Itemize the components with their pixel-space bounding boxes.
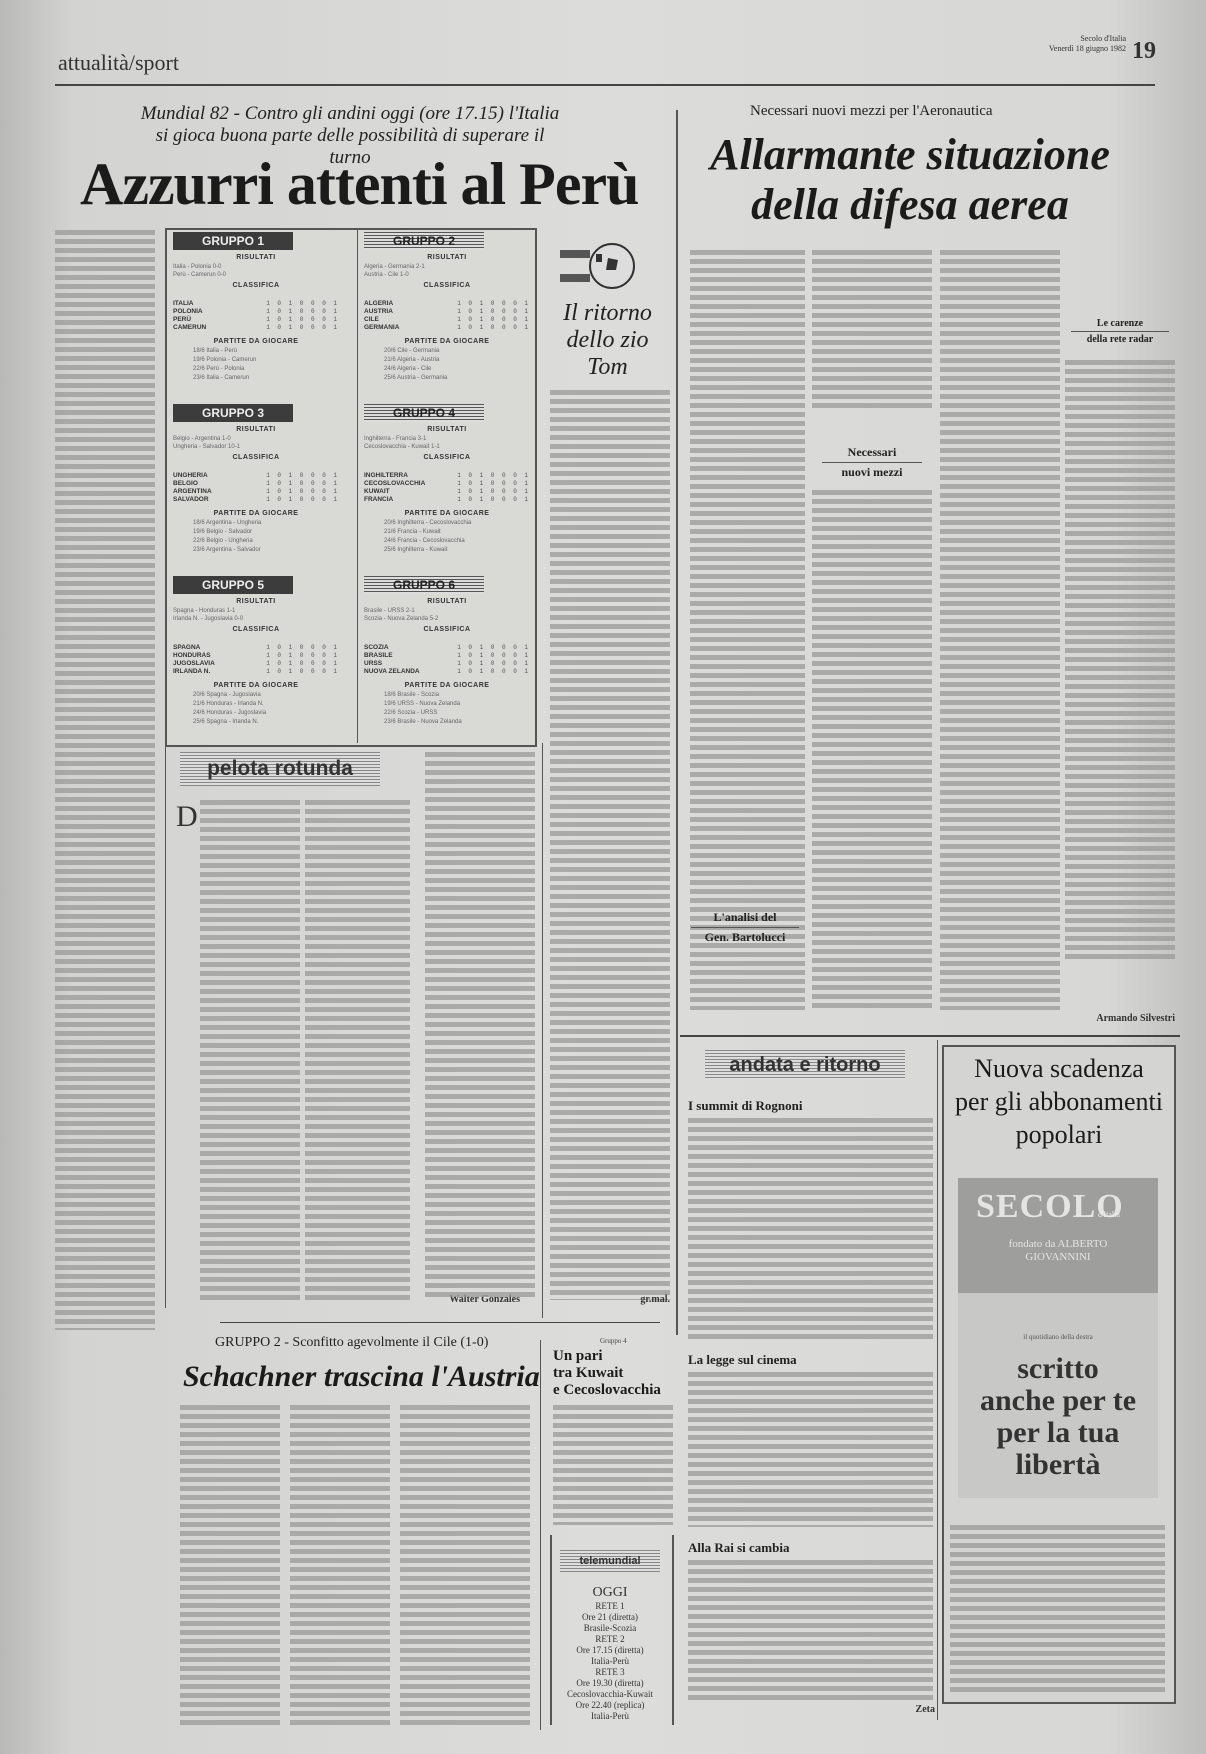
newspaper-page: attualità/sport Secolo d'Italia Venerdì … bbox=[0, 0, 1206, 1754]
pelota-text-col3 bbox=[425, 752, 535, 1297]
results-label: RISULTATI bbox=[167, 598, 345, 605]
section-rule bbox=[220, 1322, 660, 1323]
headline-line: Tom bbox=[545, 354, 670, 381]
results-label: RISULTATI bbox=[167, 426, 345, 433]
headline-line: Allarmante situazione bbox=[700, 130, 1120, 180]
andata-rubric: andata e ritorno bbox=[705, 1050, 905, 1080]
group-panel: GRUPPO 3RISULTATIBelgio - Argentina 1-0U… bbox=[167, 402, 345, 567]
standings-team: FRANCIA bbox=[364, 496, 393, 504]
aero-headline: Allarmante situazione della difesa aerea bbox=[700, 130, 1120, 230]
schedule-line: RETE 2 bbox=[555, 1634, 665, 1645]
pelota-text-col1 bbox=[200, 800, 300, 1300]
standings-team: UNGHERIA bbox=[173, 472, 208, 480]
fixture-line: 21/6 Algeria - Austria bbox=[384, 357, 439, 363]
schedule-line: Brasile-Scozia bbox=[555, 1623, 665, 1634]
fixture-line: 20/6 Spagna - Jugoslavia bbox=[193, 692, 261, 698]
standings-stats: 1 0 1 0 0 0 1 bbox=[457, 472, 530, 480]
headline-line: popolari bbox=[945, 1118, 1173, 1151]
headline-line: e Cecoslovacchia bbox=[553, 1382, 661, 1399]
subhead-line: Le carenze bbox=[1065, 318, 1175, 329]
article-column-text bbox=[55, 230, 155, 1330]
aero-text-col2b bbox=[812, 490, 932, 1010]
standings-team: AUSTRIA bbox=[364, 308, 393, 316]
result-line: Ungheria - Salvador 10-1 bbox=[173, 444, 240, 450]
standings-stats: 1 0 1 0 0 0 1 bbox=[457, 324, 530, 332]
aero-text-col1 bbox=[690, 250, 805, 1010]
standings-team: ALGERIA bbox=[364, 300, 393, 308]
standings-stats: 1 0 1 0 0 0 1 bbox=[457, 644, 530, 652]
ad-masthead: SECOLO bbox=[976, 1188, 1124, 1226]
standings-team: KUWAIT bbox=[364, 488, 390, 496]
standings-team: PERÙ bbox=[173, 316, 191, 324]
standings-stats: 1 0 1 0 0 0 1 bbox=[457, 496, 530, 504]
standings-stats: 1 0 1 0 0 0 1 bbox=[457, 308, 530, 316]
aero-subhead-2: L'analisi del Gen. Bartolucci bbox=[685, 910, 805, 945]
result-line: Spagna - Honduras 1-1 bbox=[173, 608, 235, 614]
result-line: Italia - Polonia 0-0 bbox=[173, 264, 221, 270]
fixture-line: 23/6 Brasile - Nuova Zelanda bbox=[384, 719, 462, 725]
andata-item1-title: I summit di Rognoni bbox=[688, 1098, 803, 1114]
subhead-line: della rete radar bbox=[1065, 334, 1175, 345]
headline-line: della difesa aerea bbox=[700, 180, 1120, 230]
column-rule bbox=[676, 110, 678, 1335]
group-label: GRUPPO 3 bbox=[173, 404, 293, 422]
fixture-line: 19/6 URSS - Nuova Zelanda bbox=[384, 701, 460, 707]
standings-stats: 1 0 1 0 0 0 1 bbox=[266, 668, 339, 676]
standings-team: POLONIA bbox=[173, 308, 203, 316]
standings-team: SPAGNA bbox=[173, 644, 200, 652]
standings-team: ITALIA bbox=[173, 300, 193, 308]
zio-tom-headline: Il ritorno dello zio Tom bbox=[545, 300, 670, 381]
standings-label: CLASSIFICA bbox=[358, 454, 536, 461]
column-rule bbox=[540, 1340, 541, 1730]
ad-headline: Nuova scadenza per gli abbonamenti popol… bbox=[945, 1052, 1173, 1151]
standings-team: BELGIO bbox=[173, 480, 198, 488]
group-label: GRUPPO 4 bbox=[364, 404, 484, 422]
result-line: Perù - Camerun 0-0 bbox=[173, 272, 226, 278]
dateline-date: Venerdì 18 giugno 1982 bbox=[1049, 44, 1126, 54]
fixture-line: 19/6 Polonia - Camerun bbox=[193, 357, 256, 363]
pelota-rubric: pelota rotunda bbox=[180, 752, 380, 786]
aero-byline: Armando Silvestri bbox=[1040, 1013, 1175, 1024]
kicker-line: Mundial 82 - Contro gli andini oggi (ore… bbox=[140, 103, 560, 125]
aero-text-col4 bbox=[1065, 360, 1175, 960]
standings-team: BRASILE bbox=[364, 652, 393, 660]
group-panel: GRUPPO 4RISULTATIInghilterra - Francia 3… bbox=[358, 402, 536, 567]
standings-team: JUGOSLAVIA bbox=[173, 660, 215, 668]
telemundial-rubric: telemundial bbox=[560, 1550, 660, 1572]
results-label: RISULTATI bbox=[358, 254, 536, 261]
pelota-text-col2 bbox=[305, 800, 410, 1300]
standings-stats: 1 0 1 0 0 0 1 bbox=[266, 324, 339, 332]
fixture-line: 25/6 Inghilterra - Kuwait bbox=[384, 547, 447, 553]
standings-team: SCOZIA bbox=[364, 644, 389, 652]
standings-team: GERMANIA bbox=[364, 324, 399, 332]
standings-team: URSS bbox=[364, 660, 382, 668]
fixtures-label: PARTITE DA GIOCARE bbox=[167, 510, 345, 517]
slogan-line: scritto bbox=[958, 1353, 1158, 1385]
ad-masthead-small: d'Italia bbox=[1098, 1210, 1120, 1219]
subhead-line: nuovi mezzi bbox=[812, 465, 932, 480]
fixture-line: 23/6 Argentina - Salvador bbox=[193, 547, 261, 553]
column-rule bbox=[542, 743, 543, 1318]
andata-item3-text bbox=[688, 1560, 933, 1700]
kuwait-kicker: Gruppo 4 bbox=[600, 1337, 627, 1345]
result-line: Brasile - URSS 2-1 bbox=[364, 608, 415, 614]
dateline: Secolo d'Italia Venerdì 18 giugno 1982 bbox=[1049, 34, 1126, 54]
fixture-line: 18/6 Brasile - Scozia bbox=[384, 692, 439, 698]
fixture-line: 18/6 Italia - Perù bbox=[193, 348, 237, 354]
fixture-line: 21/6 Honduras - Irlanda N. bbox=[193, 701, 264, 707]
standings-stats: 1 0 1 0 0 0 1 bbox=[457, 316, 530, 324]
austria-text-col1 bbox=[180, 1405, 280, 1725]
ad-body-text bbox=[950, 1525, 1165, 1695]
andata-item2-title: La legge sul cinema bbox=[688, 1352, 797, 1368]
fixture-line: 23/6 Italia - Camerun bbox=[193, 375, 249, 381]
schedule-line: RETE 3 bbox=[555, 1667, 665, 1678]
zio-tom-text bbox=[550, 390, 670, 1300]
schedule-line: Ore 21 (diretta) bbox=[555, 1612, 665, 1623]
group-panel: GRUPPO 6RISULTATIBrasile - URSS 2-1Scozi… bbox=[358, 574, 536, 739]
andata-item3-title: Alla Rai si cambia bbox=[688, 1540, 789, 1556]
football-logo-icon bbox=[560, 240, 640, 300]
subhead-line: L'analisi del bbox=[685, 910, 805, 925]
result-line: Algeria - Germania 2-1 bbox=[364, 264, 425, 270]
results-label: RISULTATI bbox=[167, 254, 345, 261]
dateline-paper: Secolo d'Italia bbox=[1049, 34, 1126, 44]
ad-founder: fondato da ALBERTO GIOVANNINI bbox=[998, 1238, 1118, 1264]
fixtures-label: PARTITE DA GIOCARE bbox=[358, 682, 536, 689]
main-headline: Azzurri attenti al Perù bbox=[80, 150, 638, 219]
result-line: Belgio - Argentina 1-0 bbox=[173, 436, 231, 442]
standings-stats: 1 0 1 0 0 0 1 bbox=[457, 660, 530, 668]
austria-text-col2 bbox=[290, 1405, 390, 1725]
standings-team: IRLANDA N. bbox=[173, 668, 210, 676]
standings-stats: 1 0 1 0 0 0 1 bbox=[457, 652, 530, 660]
schedule-line: Ore 19.30 (diretta) bbox=[555, 1678, 665, 1689]
headline-line: per gli abbonamenti bbox=[945, 1085, 1173, 1118]
schedule-line: RETE 1 bbox=[555, 1601, 665, 1612]
austria-headline: Schachner trascina l'Austria bbox=[183, 1360, 540, 1394]
fixture-line: 25/6 Spagna - Irlanda N. bbox=[193, 719, 258, 725]
standings-stats: 1 0 1 0 0 0 1 bbox=[266, 652, 339, 660]
andata-byline: Zeta bbox=[880, 1704, 935, 1715]
schedule-line: Cecoslovacchia-Kuwait bbox=[555, 1689, 665, 1700]
standings-stats: 1 0 1 0 0 0 1 bbox=[457, 300, 530, 308]
fixture-line: 20/6 Inghilterra - Cecoslovacchia bbox=[384, 520, 471, 526]
standings-label: CLASSIFICA bbox=[358, 626, 536, 633]
group-label: GRUPPO 2 bbox=[364, 232, 484, 250]
kuwait-headline: Un pari tra Kuwait e Cecoslovacchia bbox=[553, 1348, 661, 1399]
fixture-line: 20/6 Cile - Germania bbox=[384, 348, 439, 354]
fixtures-label: PARTITE DA GIOCARE bbox=[358, 338, 536, 345]
result-line: Scozia - Nuova Zelanda 5-2 bbox=[364, 616, 438, 622]
schedule-line: OGGI bbox=[555, 1585, 665, 1601]
standings-stats: 1 0 1 0 0 0 1 bbox=[266, 488, 339, 496]
aero-kicker: Necessari nuovi mezzi per l'Aeronautica bbox=[750, 103, 993, 120]
standings-stats: 1 0 1 0 0 0 1 bbox=[457, 488, 530, 496]
results-label: RISULTATI bbox=[358, 598, 536, 605]
headline-line: dello zio bbox=[545, 327, 670, 354]
schedule-line: Italia-Perù bbox=[555, 1711, 665, 1722]
column-rule bbox=[937, 1040, 938, 1720]
telemundial-schedule: OGGIRETE 1Ore 21 (diretta)Brasile-Scozia… bbox=[555, 1585, 665, 1722]
standings-stats: 1 0 1 0 0 0 1 bbox=[266, 660, 339, 668]
headline-line: Un pari bbox=[553, 1348, 661, 1365]
fixture-line: 22/6 Belgio - Ungheria bbox=[193, 538, 253, 544]
result-line: Irlanda N. - Jugoslavia 0-0 bbox=[173, 616, 243, 622]
subhead-rule bbox=[822, 462, 922, 463]
standings-stats: 1 0 1 0 0 0 1 bbox=[266, 308, 339, 316]
ad-tagline: il quotidiano della destra bbox=[958, 1333, 1158, 1341]
page-number: 19 bbox=[1132, 38, 1156, 65]
standings-team: SALVADOR bbox=[173, 496, 209, 504]
standings-stats: 1 0 1 0 0 0 1 bbox=[457, 480, 530, 488]
slogan-line: anche per te bbox=[958, 1385, 1158, 1417]
fixture-line: 19/6 Belgio - Salvador bbox=[193, 529, 252, 535]
andata-item2-text bbox=[688, 1372, 933, 1527]
standings-team: INGHILTERRA bbox=[364, 472, 408, 480]
result-line: Cecoslovacchia - Kuwait 1-1 bbox=[364, 444, 440, 450]
standings-label: CLASSIFICA bbox=[358, 282, 536, 289]
fixture-line: 18/6 Argentina - Ungheria bbox=[193, 520, 261, 526]
aero-text-col3 bbox=[940, 250, 1060, 1010]
subhead-line: Necessari bbox=[812, 445, 932, 460]
fixtures-label: PARTITE DA GIOCARE bbox=[167, 338, 345, 345]
pelota-border bbox=[165, 743, 166, 1308]
aero-subhead-3: Le carenze della rete radar bbox=[1065, 318, 1175, 345]
fixture-line: 24/6 Algeria - Cile bbox=[384, 366, 431, 372]
ad-slogan: scritto anche per te per la tua libertà bbox=[958, 1353, 1158, 1481]
fixture-line: 24/6 Francia - Cecoslovacchia bbox=[384, 538, 465, 544]
standings-label: CLASSIFICA bbox=[167, 282, 345, 289]
schedule-line: Ore 22.40 (replica) bbox=[555, 1700, 665, 1711]
standings-stats: 1 0 1 0 0 0 1 bbox=[266, 480, 339, 488]
drop-cap: D bbox=[176, 800, 198, 834]
aero-text-col2a bbox=[812, 250, 932, 410]
group-label: GRUPPO 1 bbox=[173, 232, 293, 250]
result-line: Inghilterra - Francia 3-1 bbox=[364, 436, 426, 442]
austria-kicker: GRUPPO 2 - Sconfitto agevolmente il Cile… bbox=[215, 1335, 488, 1351]
headline-line: Nuova scadenza bbox=[945, 1052, 1173, 1085]
standings-stats: 1 0 1 0 0 0 1 bbox=[457, 668, 530, 676]
section-title: attualità/sport bbox=[58, 50, 179, 76]
standings-stats: 1 0 1 0 0 0 1 bbox=[266, 316, 339, 324]
standings-team: HONDURAS bbox=[173, 652, 211, 660]
results-label: RISULTATI bbox=[358, 426, 536, 433]
group-label: GRUPPO 5 bbox=[173, 576, 293, 594]
pelota-byline: gr.mal. bbox=[600, 1294, 670, 1305]
aero-subhead-1: Necessari nuovi mezzi bbox=[812, 445, 932, 480]
group-panel: GRUPPO 5RISULTATISpagna - Honduras 1-1Ir… bbox=[167, 574, 345, 739]
standings-team: CAMERUN bbox=[173, 324, 206, 332]
fixtures-label: PARTITE DA GIOCARE bbox=[167, 682, 345, 689]
subhead-rule bbox=[1071, 331, 1169, 332]
headline-line: tra Kuwait bbox=[553, 1365, 661, 1382]
fixture-line: 21/6 Francia - Kuwait bbox=[384, 529, 441, 535]
group-panel: GRUPPO 1RISULTATIItalia - Polonia 0-0Per… bbox=[167, 230, 345, 395]
kuwait-text bbox=[553, 1405, 673, 1525]
standings-stats: 1 0 1 0 0 0 1 bbox=[266, 472, 339, 480]
subhead-rule bbox=[691, 927, 799, 928]
standings-stats: 1 0 1 0 0 0 1 bbox=[266, 496, 339, 504]
ad-masthead-box: SECOLO d'Italia fondato da ALBERTO GIOVA… bbox=[958, 1178, 1158, 1293]
standings-label: CLASSIFICA bbox=[167, 454, 345, 461]
standings-label: CLASSIFICA bbox=[167, 626, 345, 633]
standings-stats: 1 0 1 0 0 0 1 bbox=[266, 644, 339, 652]
schedule-line: Ore 17.15 (diretta) bbox=[555, 1645, 665, 1656]
fixture-line: 24/6 Honduras - Jugoslavia bbox=[193, 710, 266, 716]
standings-stats: 1 0 1 0 0 0 1 bbox=[266, 300, 339, 308]
result-line: Austria - Cile 1-0 bbox=[364, 272, 409, 278]
section-rule bbox=[680, 1035, 1180, 1037]
subhead-line: Gen. Bartolucci bbox=[685, 930, 805, 945]
standings-team: NUOVA ZELANDA bbox=[364, 668, 420, 676]
slogan-line: per la tua bbox=[958, 1417, 1158, 1449]
fixture-line: 22/6 Perù - Polonia bbox=[193, 366, 244, 372]
fixtures-label: PARTITE DA GIOCARE bbox=[358, 510, 536, 517]
group-label: GRUPPO 6 bbox=[364, 576, 484, 594]
slogan-line: libertà bbox=[958, 1449, 1158, 1481]
fixture-line: 22/6 Scozia - URSS bbox=[384, 710, 437, 716]
standings-team: ARGENTINA bbox=[173, 488, 212, 496]
schedule-line: Italia-Perù bbox=[555, 1656, 665, 1667]
standings-team: CECOSLOVACCHIA bbox=[364, 480, 425, 488]
header-rule bbox=[55, 84, 1155, 86]
austria-text-col3 bbox=[400, 1405, 530, 1725]
headline-line: Il ritorno bbox=[545, 300, 670, 327]
standings-team: CILE bbox=[364, 316, 379, 324]
fixture-line: 25/6 Austria - Germania bbox=[384, 375, 447, 381]
group-panel: GRUPPO 2RISULTATIAlgeria - Germania 2-1A… bbox=[358, 230, 536, 395]
andata-item1-text bbox=[688, 1118, 933, 1343]
ad-slogan-box: il quotidiano della destra scritto anche… bbox=[958, 1293, 1158, 1498]
